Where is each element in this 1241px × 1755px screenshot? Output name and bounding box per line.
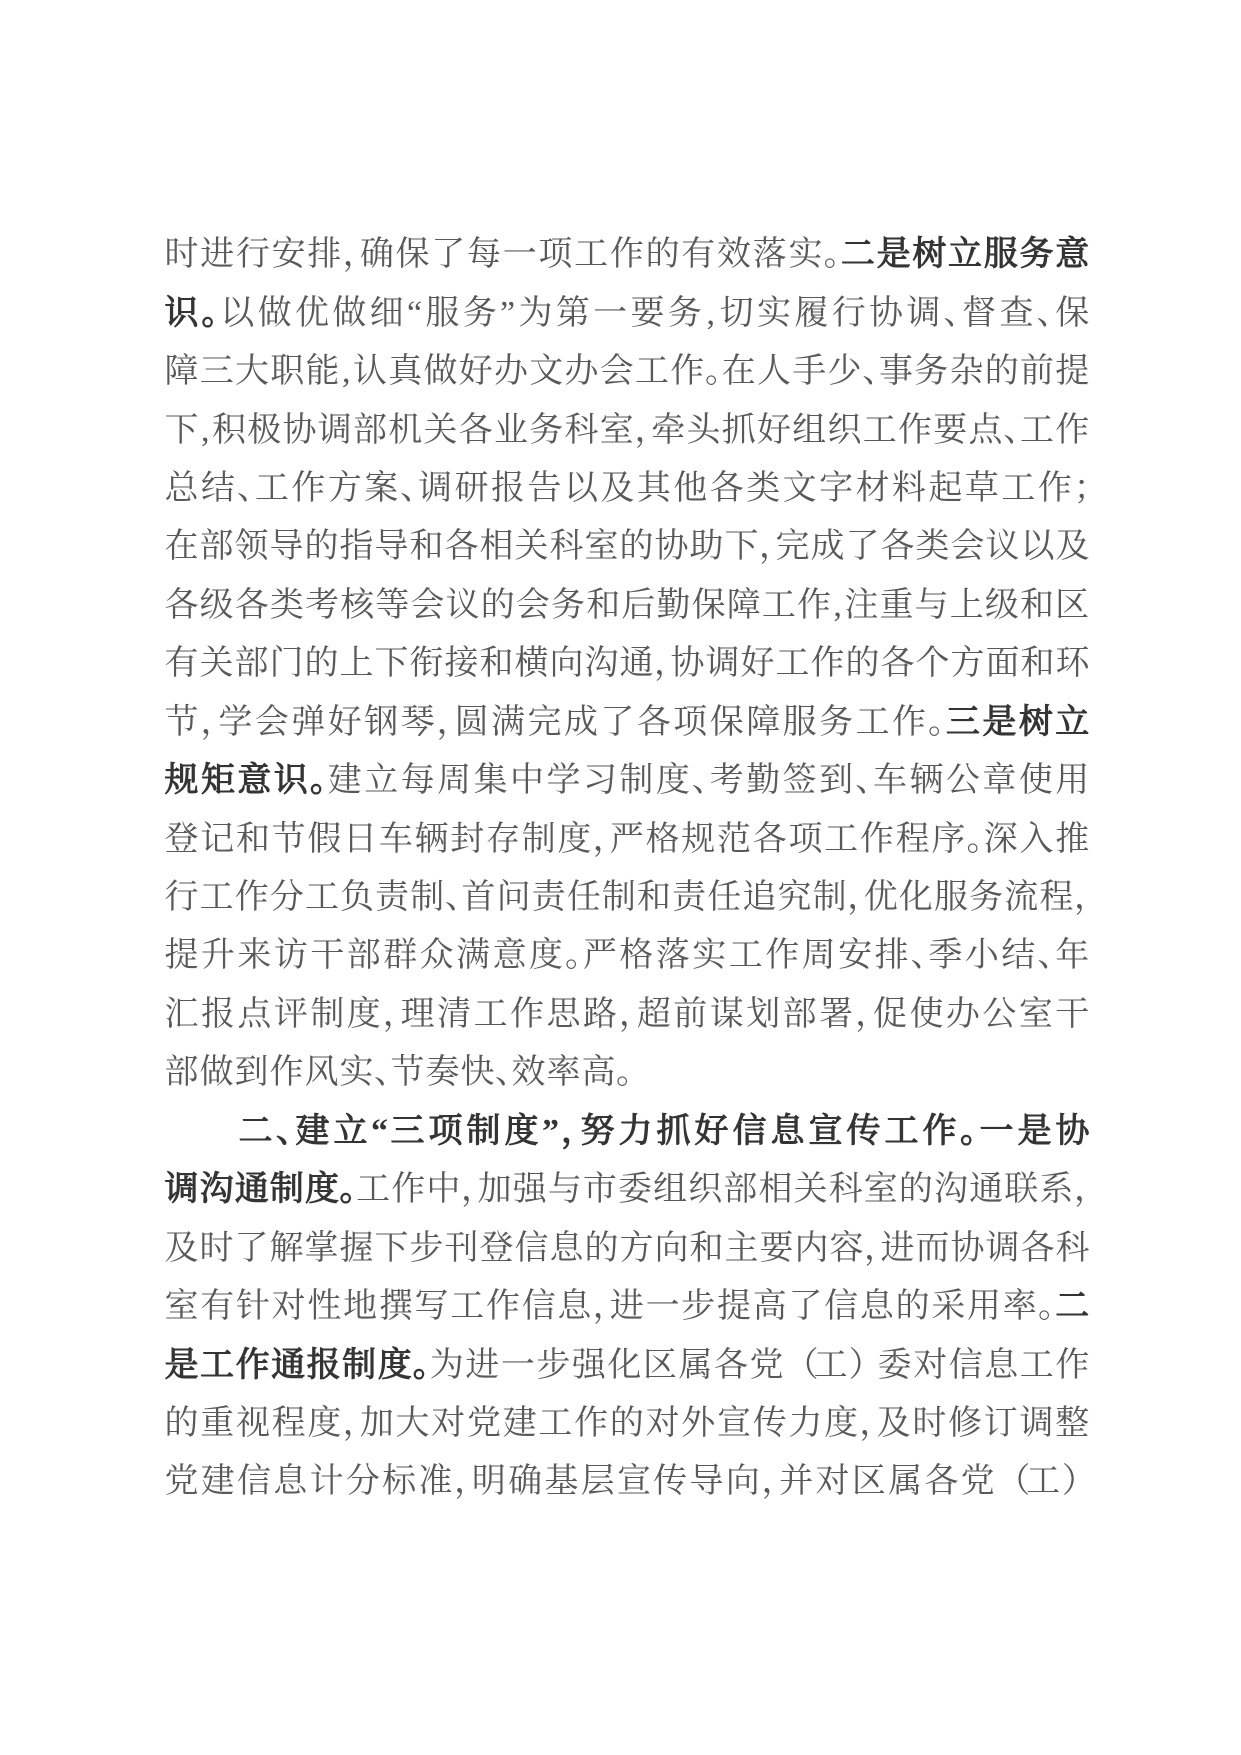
glyph: 度 — [655, 764, 690, 798]
glyph: 登 — [164, 823, 199, 857]
glyph: 工 — [356, 1173, 391, 1207]
glyph: 为 — [429, 1349, 464, 1383]
glyph: 作 — [892, 706, 927, 740]
glyph: 党 — [960, 1465, 995, 1499]
glyph: 修 — [948, 1407, 983, 1441]
glyph: 下 — [164, 414, 199, 448]
glyph: 、 — [495, 1056, 511, 1090]
glyph: 安 — [271, 238, 306, 272]
glyph: 节 — [164, 706, 199, 740]
glyph: 点 — [237, 998, 272, 1032]
glyph: 评 — [273, 998, 308, 1032]
glyph: 息 — [984, 1349, 1019, 1383]
glyph: 组 — [792, 414, 827, 448]
glyph: 握 — [339, 1232, 374, 1266]
bold-glyph: 制 — [269, 1173, 304, 1207]
bold-glyph: 建 — [295, 1115, 330, 1149]
glyph: 各 — [880, 530, 915, 564]
glyph: 分 — [269, 881, 304, 915]
glyph: 会 — [599, 355, 634, 389]
bold-glyph: 。 — [201, 297, 217, 331]
text-line: 节，学会弹好钢琴，圆满完成了各项保障服务工作。三是树立 — [164, 694, 1090, 752]
glyph: 类 — [269, 589, 304, 623]
glyph: 率 — [546, 1056, 581, 1090]
glyph: 众 — [419, 939, 454, 973]
glyph: 、 — [862, 355, 878, 389]
glyph: 效 — [717, 238, 752, 272]
glyph: 快 — [460, 1056, 495, 1090]
glyph: 下 — [724, 530, 759, 564]
glyph: 起 — [928, 472, 963, 506]
glyph: 障 — [726, 589, 761, 623]
glyph: , — [705, 297, 717, 331]
glyph: 圆 — [454, 706, 489, 740]
glyph: 头 — [686, 414, 721, 448]
glyph: 及 — [164, 1232, 199, 1266]
glyph: 掌 — [304, 1232, 339, 1266]
glyph: 传 — [653, 1465, 688, 1499]
glyph: 部 — [234, 647, 269, 681]
glyph: 的 — [609, 1407, 644, 1441]
glyph: ， — [343, 238, 359, 272]
glyph: 市 — [582, 1173, 617, 1207]
glyph: ， — [593, 823, 609, 857]
glyph: 结 — [1001, 939, 1036, 973]
glyph: 责 — [375, 881, 410, 915]
glyph: 保 — [691, 589, 726, 623]
glyph: 工 — [635, 355, 670, 389]
glyph: 各 — [709, 472, 744, 506]
glyph: 完 — [775, 530, 810, 564]
glyph: 细 — [369, 297, 404, 331]
glyph: ， — [437, 706, 453, 740]
glyph: 务 — [551, 589, 586, 623]
glyph: 作 — [269, 1056, 304, 1090]
glyph: 织 — [827, 414, 862, 448]
glyph: 办 — [564, 355, 599, 389]
glyph: 委 — [877, 1349, 912, 1383]
glyph: 工 — [450, 1290, 485, 1324]
glyph: 订 — [983, 1407, 1018, 1441]
glyph: 级 — [199, 589, 234, 623]
glyph: 实 — [788, 238, 823, 272]
bold-glyph: 度 — [504, 1115, 539, 1149]
glyph: 节 — [390, 1056, 425, 1090]
glyph: 准 — [418, 1465, 453, 1499]
glyph: 、 — [445, 881, 461, 915]
glyph: 、 — [1036, 297, 1052, 331]
document-page: 时进行安排，确保了每一项工作的有效落实。二是树立服务意识。以做优做细“服务”为第… — [0, 0, 1241, 1755]
glyph: 注 — [844, 589, 879, 623]
glyph: 以 — [220, 297, 255, 331]
glyph: 度 — [307, 1407, 342, 1441]
glyph: 首 — [461, 881, 496, 915]
glyph: 服 — [934, 881, 969, 915]
bold-glyph: 识 — [273, 764, 308, 798]
bold-glyph: 度 — [377, 1349, 412, 1383]
glyph: 党 — [164, 1465, 199, 1499]
glyph: 有 — [164, 647, 199, 681]
glyph: 一 — [645, 1290, 680, 1324]
glyph: 提 — [164, 939, 199, 973]
glyph: 工 — [1026, 1465, 1061, 1499]
bold-glyph: 作 — [235, 1349, 270, 1383]
glyph: 周 — [801, 939, 836, 973]
text-line: 登记和节假日车辆封存制度，严格规范各项工作程序。深入推 — [164, 810, 1090, 868]
glyph: 好 — [458, 355, 493, 389]
glyph: 各 — [234, 589, 269, 623]
glyph: 在 — [164, 530, 199, 564]
glyph: 工 — [1020, 414, 1055, 448]
glyph: 履 — [794, 297, 829, 331]
glyph: 作 — [574, 1407, 609, 1441]
glyph: 人 — [757, 355, 792, 389]
text-line: 时进行安排，确保了每一项工作的有效落实。二是树立服务意 — [164, 226, 1090, 284]
glyph: 作 — [234, 881, 269, 915]
glyph: 小 — [964, 939, 999, 973]
glyph: 了 — [234, 1232, 269, 1266]
glyph: 辆 — [909, 764, 944, 798]
glyph: 协 — [869, 297, 904, 331]
glyph: 实 — [692, 939, 727, 973]
bold-glyph: 二 — [840, 238, 875, 272]
glyph: 责 — [531, 881, 566, 915]
glyph: 群 — [383, 939, 418, 973]
bold-glyph: 二 — [238, 1115, 273, 1149]
glyph: 。 — [1038, 1290, 1054, 1324]
glyph: 信 — [824, 1290, 859, 1324]
glyph: 下 — [374, 647, 409, 681]
glyph: 化 — [607, 1349, 642, 1383]
glyph: 议 — [445, 589, 480, 623]
glyph: 程 — [271, 1407, 306, 1441]
glyph: 时 — [199, 1232, 234, 1266]
bold-glyph: 是 — [164, 1349, 199, 1383]
glyph: 对 — [431, 1407, 466, 1441]
glyph: 制 — [410, 881, 445, 915]
glyph: ， — [864, 1232, 880, 1266]
glyph: 集 — [473, 764, 508, 798]
glyph: 业 — [494, 414, 529, 448]
bold-glyph: 协 — [1055, 1115, 1090, 1149]
glyph: 一 — [593, 297, 628, 331]
glyph: 范 — [717, 823, 752, 857]
glyph: 第 — [555, 297, 590, 331]
bold-glyph: 信 — [732, 1115, 767, 1149]
glyph: 关 — [423, 414, 458, 448]
glyph: 沟 — [584, 647, 619, 681]
glyph: 和 — [586, 589, 621, 623]
glyph: 计 — [309, 1465, 344, 1499]
glyph: 高 — [752, 1290, 787, 1324]
glyph: 严 — [609, 823, 644, 857]
glyph: 领 — [234, 530, 269, 564]
glyph: ， — [1074, 881, 1090, 915]
bold-glyph: 通 — [271, 1349, 306, 1383]
glyph: ， — [762, 1465, 778, 1499]
glyph: 满 — [491, 706, 526, 740]
glyph: 问 — [496, 881, 531, 915]
glyph: 任 — [566, 881, 601, 915]
glyph: 、 — [237, 472, 253, 506]
glyph: 步 — [681, 1290, 716, 1324]
glyph: 作 — [1037, 472, 1072, 506]
glyph: 大 — [235, 355, 270, 389]
glyph: 部 — [346, 939, 381, 973]
glyph: 的 — [480, 589, 515, 623]
glyph: 各 — [924, 1465, 959, 1499]
glyph: 科 — [828, 1173, 863, 1207]
glyph: 下 — [374, 1232, 409, 1266]
glyph: , — [199, 414, 211, 448]
glyph: ， — [383, 998, 399, 1032]
glyph: ， — [855, 998, 871, 1032]
glyph: 做 — [199, 1056, 234, 1090]
glyph: 一 — [502, 238, 537, 272]
glyph: 协 — [654, 530, 689, 564]
glyph: 务 — [462, 297, 497, 331]
glyph: 车 — [378, 823, 413, 857]
glyph: 度 — [557, 823, 592, 857]
bold-glyph: 沟 — [199, 1173, 234, 1207]
bold-glyph: 立 — [948, 238, 983, 272]
text-line: 总结、工作方案、调研报告以及其他各类文字材料起草工作； — [164, 460, 1090, 518]
glyph: 通 — [619, 647, 654, 681]
glyph: 用 — [967, 1290, 1002, 1324]
text-line: 障三大职能,认真做好办文办会工作。在人手少、事务杂的前提 — [164, 343, 1090, 401]
glyph: ， — [1074, 1173, 1090, 1207]
glyph: 科 — [564, 414, 599, 448]
glyph: 各 — [752, 823, 787, 857]
text-line: 室有针对性地撰写工作信息，进一步提高了信息的采用率。二 — [164, 1278, 1090, 1336]
glyph: 工 — [775, 647, 810, 681]
glyph: 排 — [874, 939, 909, 973]
glyph: 作 — [1055, 1349, 1090, 1383]
glyph: 和 — [689, 1232, 724, 1266]
glyph: 效 — [511, 1056, 546, 1090]
glyph: 作 — [859, 823, 894, 857]
glyph: 琴 — [400, 706, 435, 740]
glyph: 风 — [304, 1056, 339, 1090]
glyph: 对 — [815, 1465, 850, 1499]
bold-glyph: ” — [542, 1115, 558, 1149]
glyph: 织 — [688, 1173, 723, 1207]
bold-glyph: ， — [561, 1115, 577, 1149]
glyph: 建 — [327, 764, 362, 798]
bold-glyph: 识 — [164, 297, 199, 331]
glyph: 每 — [400, 764, 435, 798]
bold-glyph: 务 — [1019, 238, 1054, 272]
glyph: 确 — [508, 1465, 543, 1499]
glyph: 路 — [582, 998, 617, 1032]
glyph: 推 — [1055, 823, 1090, 857]
glyph: 和 — [409, 530, 444, 564]
glyph: 序 — [931, 823, 966, 857]
glyph: 步 — [536, 1349, 571, 1383]
glyph: 部 — [164, 1056, 199, 1090]
glyph: 后 — [621, 589, 656, 623]
glyph: 的 — [898, 1173, 933, 1207]
glyph: 公 — [945, 764, 980, 798]
glyph: 部 — [782, 998, 817, 1032]
glyph: 及 — [1055, 530, 1090, 564]
glyph: 进 — [609, 1290, 644, 1324]
bold-glyph: “ — [371, 1115, 387, 1149]
glyph: 区 — [851, 1465, 886, 1499]
glyph: 并 — [779, 1465, 814, 1499]
bold-glyph: 调 — [164, 1173, 199, 1207]
glyph: 高 — [581, 1056, 616, 1090]
glyph: 作 — [391, 1173, 426, 1207]
glyph: 学 — [546, 764, 581, 798]
bold-glyph: 树 — [1018, 706, 1053, 740]
glyph: 。 — [616, 1056, 632, 1090]
glyph: 强 — [571, 1349, 606, 1383]
glyph: 了 — [431, 238, 466, 272]
glyph: 联 — [1004, 1173, 1039, 1207]
bold-glyph: 。 — [340, 1173, 356, 1207]
glyph: 工 — [862, 414, 897, 448]
glyph: 工 — [728, 939, 763, 973]
glyph: 。 — [824, 238, 840, 272]
paragraph-indent — [164, 1131, 235, 1132]
glyph: 排 — [307, 238, 342, 272]
glyph: 写 — [414, 1290, 449, 1324]
text-line: 党建信息计分标准，明确基层宣传导向，并对区属各党（工） — [164, 1453, 1090, 1511]
bold-glyph: 工 — [884, 1115, 919, 1149]
glyph: 协 — [950, 1232, 985, 1266]
glyph: 建 — [200, 1465, 235, 1499]
glyph: 作 — [510, 998, 545, 1032]
glyph: 考 — [305, 589, 340, 623]
glyph: 助 — [689, 530, 724, 564]
glyph: 点 — [968, 414, 1003, 448]
bold-glyph: 意 — [1055, 238, 1090, 272]
glyph: 三 — [199, 355, 234, 389]
glyph: 调 — [906, 297, 941, 331]
bold-glyph: 。 — [413, 1349, 429, 1383]
glyph: 成 — [810, 530, 845, 564]
glyph: ， — [619, 998, 635, 1032]
glyph: 思 — [546, 998, 581, 1032]
glyph: 职 — [270, 355, 305, 389]
glyph: 面 — [985, 647, 1020, 681]
glyph: 系 — [1039, 1173, 1074, 1207]
glyph: 门 — [269, 647, 304, 681]
glyph: 调 — [418, 472, 453, 506]
glyph: 与 — [547, 1173, 582, 1207]
glyph: 会 — [950, 530, 985, 564]
glyph: 的 — [584, 1232, 619, 1266]
glyph: 材 — [855, 472, 890, 506]
bold-glyph: 立 — [1055, 706, 1090, 740]
glyph: 内 — [794, 1232, 829, 1266]
bold-glyph: 树 — [912, 238, 947, 272]
glyph: 调 — [317, 414, 352, 448]
glyph: 章 — [982, 764, 1017, 798]
glyph: 作 — [810, 647, 845, 681]
glyph: 。 — [565, 939, 581, 973]
glyph: 相 — [758, 1173, 793, 1207]
glyph: 度 — [824, 1407, 859, 1441]
text-line: 部做到作风实、节奏快、效率高。 — [164, 1044, 1090, 1102]
glyph: 各 — [444, 530, 479, 564]
glyph: 外 — [681, 1407, 716, 1441]
glyph: 、 — [1037, 939, 1053, 973]
glyph: 建 — [502, 1407, 537, 1441]
glyph: 牵 — [651, 414, 686, 448]
glyph: ； — [1074, 472, 1090, 506]
bold-glyph: 立 — [333, 1115, 368, 1149]
glyph: 一 — [500, 1349, 535, 1383]
bold-glyph: 力 — [618, 1115, 653, 1149]
glyph: 使 — [1018, 764, 1053, 798]
glyph: 有 — [681, 238, 716, 272]
glyph: 封 — [450, 823, 485, 857]
glyph: 务 — [914, 355, 949, 389]
bold-glyph: 是 — [982, 706, 1017, 740]
glyph: 草 — [964, 472, 999, 506]
glyph: 报 — [200, 998, 235, 1032]
glyph: 确 — [359, 238, 394, 272]
glyph: 钢 — [364, 706, 399, 740]
glyph: 层 — [580, 1465, 615, 1499]
glyph: 作 — [670, 355, 705, 389]
glyph: 务 — [969, 881, 1004, 915]
bold-glyph: 三 — [390, 1115, 425, 1149]
glyph: 上 — [949, 589, 984, 623]
glyph: 息 — [549, 1232, 584, 1266]
glyph: 组 — [653, 1173, 688, 1207]
glyph: 干 — [1055, 998, 1090, 1032]
glyph: 工 — [761, 589, 796, 623]
glyph: 重 — [879, 589, 914, 623]
glyph: 各 — [636, 706, 671, 740]
glyph: 年 — [1055, 939, 1090, 973]
glyph: 对 — [913, 1349, 948, 1383]
glyph: 。 — [967, 823, 983, 857]
glyph: 科 — [1055, 1232, 1090, 1266]
glyph: 撰 — [378, 1290, 413, 1324]
glyph: 格 — [619, 939, 654, 973]
glyph: 调 — [1019, 1407, 1054, 1441]
glyph: 性 — [307, 1290, 342, 1324]
glyph: 部 — [723, 1173, 758, 1207]
glyph: 保 — [395, 238, 430, 272]
glyph: 认 — [353, 355, 388, 389]
glyph: 信 — [514, 1232, 549, 1266]
glyph: 制 — [812, 881, 847, 915]
glyph: 前 — [1020, 355, 1055, 389]
glyph: 各 — [880, 647, 915, 681]
bold-glyph: 一 — [979, 1115, 1014, 1149]
glyph: 抓 — [721, 414, 756, 448]
glyph: 项 — [673, 706, 708, 740]
glyph: 、 — [943, 297, 959, 331]
glyph: 勤 — [656, 589, 691, 623]
glyph: 他 — [673, 472, 708, 506]
glyph: 其 — [636, 472, 671, 506]
glyph: 超 — [636, 998, 671, 1032]
glyph: 字 — [819, 472, 854, 506]
glyph: 化 — [898, 881, 933, 915]
glyph: 办 — [945, 998, 980, 1032]
glyph: 议 — [985, 530, 1020, 564]
text-line: 提升来访干部群众满意度。严格落实工作周安排、季小结、年 — [164, 927, 1090, 985]
glyph: 。 — [928, 706, 944, 740]
glyph: 服 — [782, 706, 817, 740]
glyph: 弹 — [291, 706, 326, 740]
